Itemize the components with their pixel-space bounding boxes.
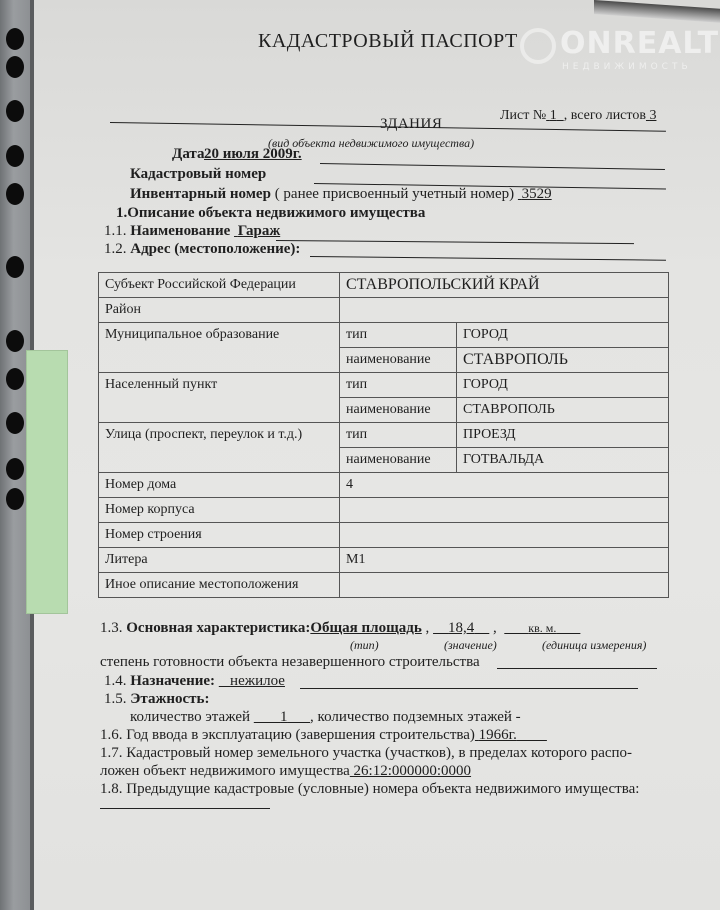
item-1-1-num: 1.1. (104, 223, 127, 239)
item-1-1-value: Гараж (234, 223, 280, 239)
building-value (340, 498, 669, 523)
binder-hole (6, 100, 24, 122)
item-1-4-num: 1.4. (104, 673, 127, 689)
street-label: Улица (проспект, переулок и т.д.) (99, 423, 340, 473)
green-sticky-tab (26, 350, 68, 614)
item-1-7: 1.7. Кадастровый номер земельного участк… (100, 745, 632, 762)
settlement-name-label: наименование (340, 398, 457, 423)
inventory-number-row: Инвентарный номер ( ранее присвоенный уч… (130, 186, 552, 203)
settlement-name-value: СТАВРОПОЛЬ (457, 398, 669, 423)
street-name-value: ГОТВАЛЬДА (457, 448, 669, 473)
item-1-3-caption-unit: (единица измерения) (542, 638, 646, 653)
table-row: Район (99, 298, 669, 323)
item-1-4-value: нежилое (219, 673, 285, 689)
sheet-number: 1 (546, 108, 564, 123)
settlement-type-value: ГОРОД (457, 373, 669, 398)
other-location-label: Иное описание местоположения (99, 573, 340, 598)
item-1-6-label: Год ввода в эксплуатацию (завершения стр… (126, 727, 475, 743)
table-row: Субъект Российской Федерации СТАВРОПОЛЬС… (99, 273, 669, 298)
inventory-number-note: ( ранее присвоенный учетный номер) (275, 186, 514, 202)
item-1-5-label: Этажность: (130, 691, 209, 707)
item-1-4: 1.4. Назначение: нежилое (104, 673, 285, 690)
item-1-3-num: 1.3. (100, 620, 123, 636)
subject-label: Субъект Российской Федерации (99, 273, 340, 298)
date-label: Дата (172, 146, 204, 163)
litera-label: Литера (99, 548, 340, 573)
item-1-6-num: 1.6. (100, 727, 123, 743)
district-label: Район (99, 298, 340, 323)
binder-hole (6, 368, 24, 390)
municipal-name-label: наименование (340, 348, 457, 373)
item-1-2-label: Адрес (местоположение): (130, 241, 300, 257)
binder-hole (6, 145, 24, 167)
table-row: Муниципальное образование тип ГОРОД (99, 323, 669, 348)
section-1-heading: 1.Описание объекта недвижимого имущества (116, 205, 425, 222)
building-label: Номер корпуса (99, 498, 340, 523)
inventory-number-label: Инвентарный номер (130, 186, 271, 202)
house-value: 4 (340, 473, 669, 498)
table-row: Номер строения (99, 523, 669, 548)
item-1-6-value: 1966г. (475, 727, 547, 743)
item-1-8-num: 1.8. (100, 781, 123, 797)
street-name-label: наименование (340, 448, 457, 473)
item-1-8-field (100, 808, 270, 809)
readiness-label: степень готовности объекта незавершенног… (100, 654, 480, 671)
item-1-5: 1.5. Этажность: (104, 691, 209, 708)
inventory-number-value: 3529 (518, 186, 552, 202)
item-1-4-line (300, 688, 638, 689)
binder-hole (6, 256, 24, 278)
sheet-info: Лист № 1 , всего листов 3 (500, 108, 656, 124)
other-location-value (340, 573, 669, 598)
item-1-3-caption-type: (тип) (350, 638, 379, 653)
sheet-total-label: , всего листов (564, 108, 646, 123)
item-1-3-unit: кв. м. (504, 621, 580, 635)
table-row: Улица (проспект, переулок и т.д.) тип ПР… (99, 423, 669, 448)
item-1-3-value: 18,4 (433, 620, 489, 636)
object-kind-value: ЗДАНИЯ (380, 116, 442, 133)
item-1-5-num: 1.5. (104, 691, 127, 707)
underground-floors-label: , количество подземных этажей - (310, 709, 521, 725)
litera-value: М1 (340, 548, 669, 573)
municipal-type-label: тип (340, 323, 457, 348)
floors-row: количество этажей 1 , количество подземн… (130, 709, 521, 726)
item-1-8-label: Предыдущие кадастровые (условные) номера… (126, 781, 639, 797)
item-1-3-type: Общая площадь (310, 620, 421, 636)
subject-value: СТАВРОПОЛЬСКИЙ КРАЙ (340, 273, 669, 298)
date-value: 20 июля 2009г. (204, 146, 302, 163)
watermark-logo-icon (520, 28, 556, 64)
binder-hole (6, 412, 24, 434)
sheet-no-label: Лист № (500, 108, 546, 123)
item-1-2: 1.2. Адрес (местоположение): (104, 241, 300, 258)
table-row: Литера М1 (99, 548, 669, 573)
item-1-7-line2: ложен объект недвижимого имущества 26:12… (100, 763, 471, 780)
binder-hole (6, 458, 24, 480)
district-value (340, 298, 669, 323)
item-1-7-num: 1.7. (100, 745, 123, 761)
sheet-total: 3 (646, 108, 657, 123)
floors-label: количество этажей (130, 709, 250, 725)
binder-hole (6, 56, 24, 78)
street-type-value: ПРОЕЗД (457, 423, 669, 448)
binder-hole (6, 183, 24, 205)
binder-hole (6, 488, 24, 510)
table-row: Номер дома 4 (99, 473, 669, 498)
table-row: Номер корпуса (99, 498, 669, 523)
floors-value: 1 (254, 709, 310, 725)
municipal-type-value: ГОРОД (457, 323, 669, 348)
street-type-label: тип (340, 423, 457, 448)
item-1-2-num: 1.2. (104, 241, 127, 257)
item-1-8: 1.8. Предыдущие кадастровые (условные) н… (100, 781, 639, 798)
binder-hole (6, 28, 24, 50)
table-row: Населенный пункт тип ГОРОД (99, 373, 669, 398)
structure-value (340, 523, 669, 548)
settlement-type-label: тип (340, 373, 457, 398)
municipal-name-value: СТАВРОПОЛЬ (457, 348, 669, 373)
watermark-brand: ONREALT (560, 26, 719, 61)
address-table: Субъект Российской Федерации СТАВРОПОЛЬС… (98, 272, 669, 598)
table-row: Иное описание местоположения (99, 573, 669, 598)
item-1-3: 1.3. Основная характеристика:Общая площа… (100, 620, 580, 637)
item-1-6: 1.6. Год ввода в эксплуатацию (завершени… (100, 727, 547, 744)
binder-hole (6, 330, 24, 352)
settlement-label: Населенный пункт (99, 373, 340, 423)
item-1-7-label-line1: Кадастровый номер земельного участка (уч… (126, 745, 632, 761)
item-1-1: 1.1. Наименование Гараж (104, 223, 280, 240)
structure-label: Номер строения (99, 523, 340, 548)
item-1-3-label: Основная характеристика: (126, 620, 310, 636)
watermark-sub: НЕДВИЖИМОСТЬ (562, 62, 692, 72)
cadastral-land-number: 26:12:000000:0000 (350, 763, 471, 779)
municipal-label: Муниципальное образование (99, 323, 340, 373)
item-1-1-label: Наименование (130, 223, 230, 239)
item-1-3-caption-value: (значение) (444, 638, 497, 653)
house-label: Номер дома (99, 473, 340, 498)
item-1-7-label-line2: ложен объект недвижимого имущества (100, 763, 350, 779)
page-shadow (594, 0, 720, 25)
item-1-4-label: Назначение: (130, 673, 215, 689)
readiness-field (497, 668, 657, 669)
document-title: КАДАСТРОВЫЙ ПАСПОРТ (258, 30, 518, 53)
cadastral-number-label: Кадастровый номер (130, 166, 266, 183)
